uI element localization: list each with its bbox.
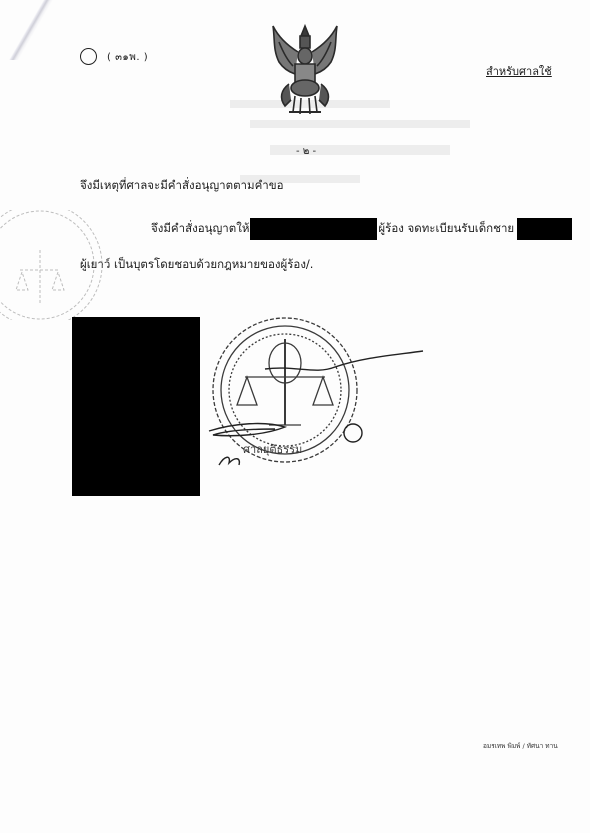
document-page: ( ๓๑พ. ) สำหรับศาลใช้ - ๒ - จึงมีเหตุที่… [0,0,590,833]
form-code: ( ๓๑พ. ) [107,50,148,65]
reason-paragraph: จึงมีเหตุที่ศาลจะมีคำสั่งอนุญาตตามคำขอ [80,177,284,195]
order-middle-text: ผู้ร้อง จดทะเบียนรับเด็กชาย [378,220,514,238]
paper-fold-mark [0,0,60,60]
child-name-redaction [517,218,572,240]
order-prefix-text: จึงมีคำสั่งอนุญาตให้ [151,220,249,238]
typist-footer: อมรเทพ พิมพ์ / ทัศนา ทาน [483,741,558,751]
form-circle-icon [80,48,97,65]
svg-text:ศาลยุติธรรม: ศาลยุติธรรม [243,443,302,456]
order-paragraph: จึงมีคำสั่งอนุญาตให้ ผู้ร้อง จดทะเบียนรั… [151,218,572,240]
petitioner-name-redaction [250,218,377,240]
court-seal-icon: ศาลยุติธรรม [205,305,430,480]
judge-signature-redaction [72,317,200,496]
faint-seal-impression-icon [0,210,120,320]
page-number: - ๒ - [296,144,316,159]
court-use-label: สำหรับศาลใช้ [486,62,552,80]
garuda-emblem-icon [267,22,343,118]
